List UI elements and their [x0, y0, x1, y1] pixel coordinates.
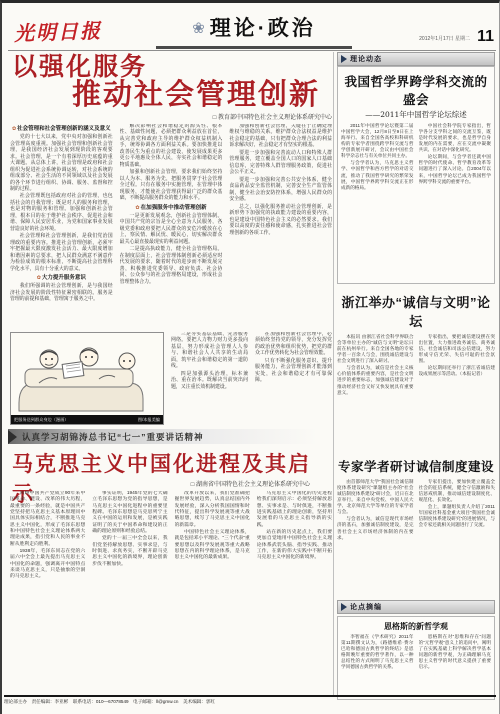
second-article-byline: □ 湖南省中国特色社会主义理论体系研究中心 — [10, 479, 310, 488]
main-col-1-text: 党的十七大以来，党中央对加强和创新社会管理高度重视。加强社会管理和创新社会管理，… — [10, 135, 113, 273]
subhead-icon: ✿ — [37, 275, 41, 281]
cartoon-illustration: 把服务送到群众身边（漫画） 图/本报美编 — [10, 332, 164, 425]
zhejiang-col-2: 专家指出，要把诚信建设摆在突出位置，大力推进政务诚信、商务诚信、社会诚信和司法公… — [419, 334, 496, 472]
second-col-2: 事实证明，1945年党的七大确立毛泽东思想为党的指导思想，是马克思主义中国化进程… — [92, 491, 167, 692]
theory-col-2: 中国社会科学院专家指出，哲学各分支学科之间的交流互鉴，既是时代发展的要求，也是哲… — [419, 123, 492, 281]
subhead-icon: ✿ — [12, 126, 16, 132]
cartoon-credit: 图/本报美编 — [138, 417, 160, 423]
digest-col-2: 恩格斯在对“思维和存在”问题的“元哲学观”意义上的追问中，阐明了在实践基础上科学… — [419, 634, 492, 697]
tab-arrow-icon — [341, 55, 347, 63]
theory-subtitle: ——2011年中国哲学论坛综述 — [341, 109, 491, 120]
main-col-2: 解决影响社会和谐稳定的源头性、根本性、基础性问题，必须把群众利益放在首位，从完善… — [120, 124, 223, 330]
main-headline-line1: 以强化服务 — [12, 54, 332, 80]
kicker-banner: 认真学习胡锦涛总书记“七一”重要讲话精神 — [8, 429, 334, 444]
theory-col-1: 2011年中国哲学论坛暨第二届中国哲学大会，12月8日至9日在上海举行。来自全国… — [341, 123, 414, 281]
main-article-body: ✿社会管理和社会管理创新的涵义及意义 党的十七大以来，党中央对加强和创新社会管理… — [10, 124, 332, 330]
experts-seminar-section: 专家学者研讨诚信制度建设 由首都师范大学“我国社会诚信制度体系建设研究”课题组主… — [337, 455, 495, 595]
footer-text: 理论部主办 责任编辑：李亚彬 联系电话：010—67078549 电子邮箱：ll… — [4, 699, 215, 704]
cartoon-drawing — [11, 333, 161, 424]
main-col-2-top: 解决影响社会和谐稳定的源头性、根本性、基础性问题，必须把群众利益放在首位，从完善… — [120, 124, 223, 203]
digest-title: 恩格斯的新哲学观 — [341, 621, 491, 632]
main-rowb-col-1: 三是夯实基层基础，完善服务网络。要把人力物力财力更多投向基层，努力形成社会管理人… — [171, 332, 248, 425]
main-col-1b-text: 我们所强调的社会管理创新，是与我国经济社会发展的阶段性特征紧密相联的。服务是管理… — [10, 284, 113, 303]
main-headline-line2: 推动社会管理创新 — [72, 80, 332, 110]
masthead-logo: 光明日报 — [14, 14, 103, 46]
experts-col-2: 专家们提出，要加快建立覆盖全社会的征信系统，健全守信激励和失信惩戒机制，推动诚信… — [419, 479, 496, 595]
column-divider — [333, 52, 334, 697]
main-rowb-col-2: 在加强和创新社会管理中，必须始终坚持党的领导，充分发挥党的政治优势和组织优势，把… — [255, 332, 332, 425]
second-article-body: 回顾中国共产党成立90年来中国革命、建设、改革的伟大历程，最重要的一条经验，就是… — [10, 491, 332, 692]
cartoon-caption: 把服务送到群众身边（漫画） 图/本报美编 — [11, 415, 163, 424]
flower-icon: ❀ — [192, 20, 208, 37]
theory-news-label: 理论动态 — [337, 52, 495, 66]
digest-col-1: 李智福在《学术研究》2011年第11期撰文认为，《路德维希·费尔巴哈和德国古典哲… — [341, 634, 414, 697]
zhejiang-col-1: 本报讯 由浙江省社会科学界联合会等单位主办的“诚信与文明”论坛日前在杭州举行。来… — [337, 334, 414, 472]
second-col-3: 改革开放以来，我们党准确把握世界发展趋势，认真总结国内外发展经验，深入分析我国国… — [175, 491, 250, 692]
zhejiang-forum-section: 浙江举办“诚信与文明”论坛 本报讯 由浙江省社会科学界联合会等单位主办的“诚信与… — [337, 290, 495, 472]
theory-news-box: 我国哲学界跨学科交流的盛会 ——2011年中国哲学论坛综述 2011年中国哲学论… — [337, 66, 495, 284]
second-col-4: 马克思主义中国化的历史进程给我们深刻启示：必须坚持解放思想、实事求是、与时俱进，… — [257, 491, 332, 692]
section-title-text: 理论·政治 — [210, 17, 316, 40]
tab-arrow-icon — [341, 603, 347, 611]
main-byline: □ 教育部中国特色社会主义理论体系研究中心 — [10, 112, 332, 121]
cartoon-caption-title: 把服务送到群众身边（漫画） — [14, 417, 68, 423]
main-headline: 以强化服务 推动社会管理创新 — [12, 54, 332, 111]
subhead-1: ✿社会管理和社会管理创新的涵义及意义 — [10, 126, 113, 133]
subhead-icon: ✿ — [135, 205, 139, 211]
kicker-arrow-icon — [8, 430, 17, 444]
main-col-2-rest: 一是更新发展观念，创新社会管理体制。中国共产党的宗旨是全心全意为人民服务，各级党… — [120, 214, 223, 286]
digest-label: 论点摘编 — [337, 600, 495, 614]
section-title: ❀理论·政治 — [156, 12, 352, 49]
second-col-1: 回顾中国共产党成立90年来中国革命、建设、改革的伟大历程，最重要的一条经验，就是… — [10, 491, 85, 692]
zhejiang-headline: 浙江举办“诚信与文明”论坛 — [337, 292, 495, 330]
right-rail: 理论动态 我国哲学界跨学科交流的盛会 ——2011年中国哲学论坛综述 2011年… — [337, 52, 495, 697]
subhead-3: ✿在加强服务中推动管理创新 — [120, 205, 223, 212]
theory-headline: 我国哲学界跨学科交流的盛会 — [341, 72, 491, 108]
theory-news-section: 理论动态 我国哲学界跨学科交流的盛会 ——2011年中国哲学论坛综述 2011年… — [337, 52, 495, 284]
main-col-1: ✿社会管理和社会管理创新的涵义及意义 党的十七大以来，党中央对加强和创新社会管理… — [10, 124, 113, 330]
page-header: 光明日报 ❀理论·政治 2012年1月17日 星期二 11 — [8, 6, 496, 51]
experts-col-1: 由首都师范大学“我国社会诚信制度体系建设研究”课题组主办的“社会诚信制度体系建设… — [337, 479, 414, 595]
experts-headline: 专家学者研讨诚信制度建设 — [337, 457, 495, 475]
digest-box: 恩格斯的新哲学观 李智福在《学术研究》2011年第11期撰文认为，《路德维希·费… — [337, 616, 495, 700]
page-footer: 理论部主办 责任编辑：李亚彬 联系电话：010—67078549 电子邮箱：ll… — [4, 695, 496, 712]
page-number: 11 — [477, 28, 494, 46]
dateline: 2012年1月17日 星期二 — [419, 35, 470, 42]
main-article-row2: 把服务送到群众身边（漫画） 图/本报美编 三是夯实基层基础，完善服务网络。要把人… — [10, 332, 332, 425]
subhead-2: ✿大力提升服务意识 — [10, 275, 113, 282]
digest-section: 论点摘编 恩格斯的新哲学观 李智福在《学术研究》2011年第11期撰文认为，《路… — [337, 600, 495, 700]
kicker-text: 认真学习胡锦涛总书记“七一”重要讲话精神 — [22, 431, 204, 443]
main-col-3: 加强和创新社会管理，关键在于正确处理维权与维稳的关系。维护群众合法权益是维护社会… — [229, 124, 332, 330]
